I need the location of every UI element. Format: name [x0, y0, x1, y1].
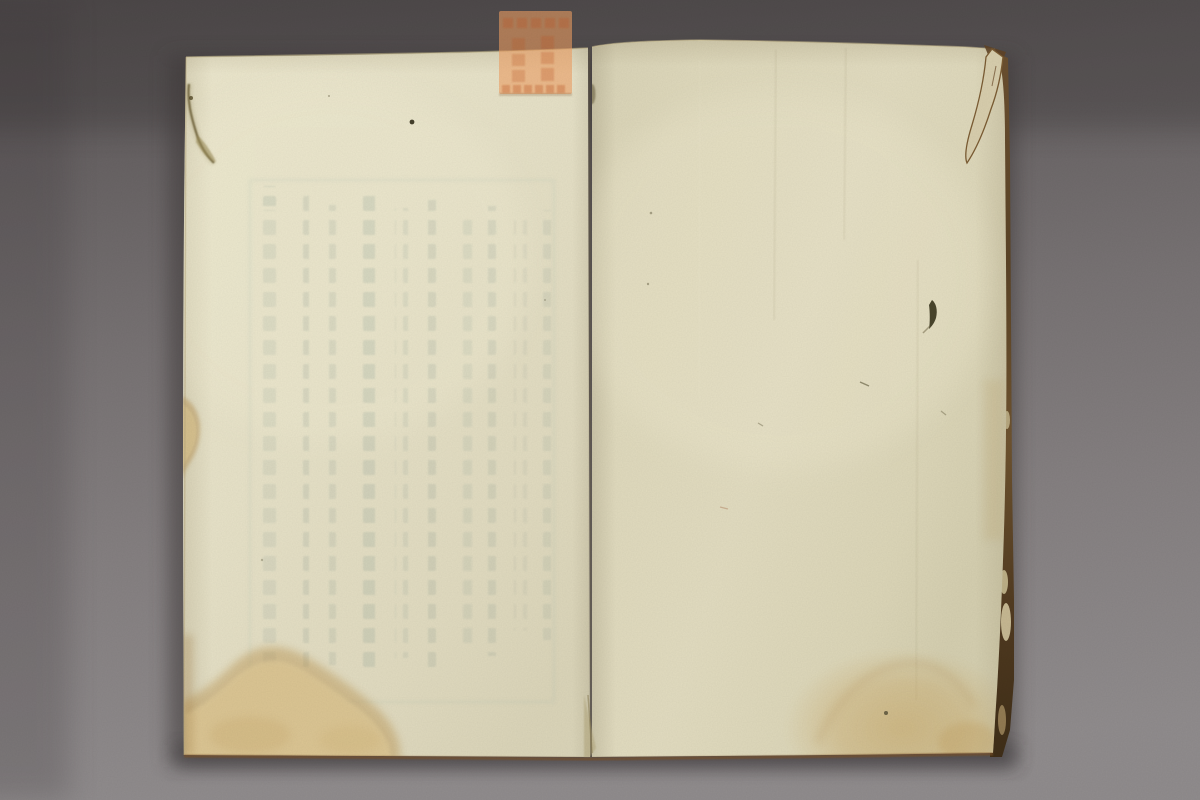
photograph-of-open-book: Antique thread-bound East Asian book lyi… — [0, 0, 1200, 800]
book-photo-canvas — [0, 0, 1200, 800]
film-grain-overlay — [0, 0, 1200, 800]
